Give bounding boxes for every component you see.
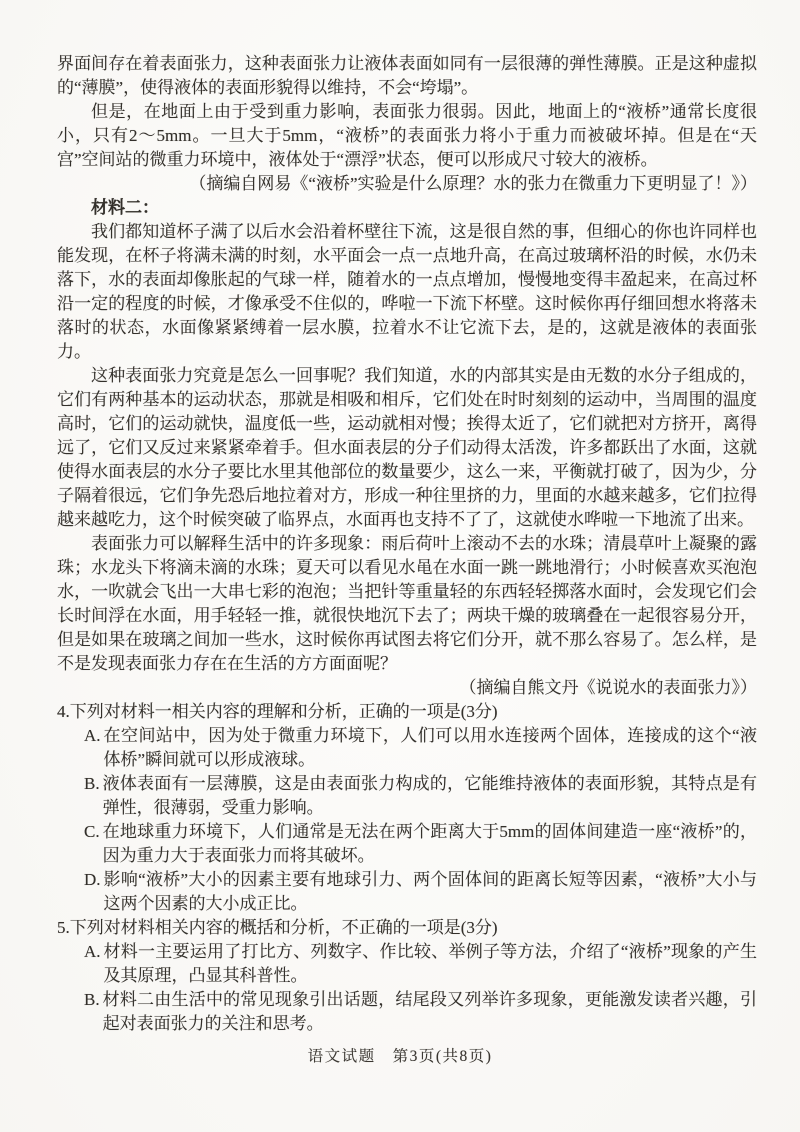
question-5-stem: 5.下列对材料相关内容的概括和分析，不正确的一项是(3分): [57, 916, 757, 940]
question-5-option-a: A. 材料一主要运用了打比方、列数字、作比较、举例子等方法，介绍了“液桥”现象的…: [57, 940, 757, 988]
passage-continuation-paragraph: 界面间存在着表面张力，这种表面张力让液体表面如同有一层很薄的弹性薄膜。正是这种虚…: [57, 52, 757, 100]
option-label: A.: [84, 940, 104, 988]
option-text: 在空间站中，因为处于微重力环境下，人们可以用水连接两个固体，连接成的这个“液体桥…: [104, 724, 757, 772]
material-two-heading: 材料二：: [57, 196, 757, 220]
exam-page-scan: 界面间存在着表面张力，这种表面张力让液体表面如同有一层很薄的弹性薄膜。正是这种虚…: [0, 0, 800, 1132]
option-text: 液体表面有一层薄膜，这是由表面张力构成的，它能维持液体的表面形貌，其特点是有弹性…: [103, 772, 757, 820]
question-4-option-b: B. 液体表面有一层薄膜，这是由表面张力构成的，它能维持液体的表面形貌，其特点是…: [57, 772, 757, 820]
material-one-citation: （摘编自网易《“液桥”实验是什么原理？水的张力在微重力下更明显了！》）: [57, 172, 757, 196]
option-label: C.: [84, 820, 103, 868]
material-one-paragraph: 但是，在地面上由于受到重力影响，表面张力很弱。因此，地面上的“液桥”通常长度很小…: [57, 100, 757, 172]
question-5: 5.下列对材料相关内容的概括和分析，不正确的一项是(3分) A. 材料一主要运用…: [57, 916, 757, 1036]
question-4-option-d: D. 影响“液桥”大小的因素主要有地球引力、两个固体间的距离长短等因素，“液桥”…: [57, 868, 757, 916]
option-text: 材料一主要运用了打比方、列数字、作比较、举例子等方法，介绍了“液桥”现象的产生及…: [104, 940, 757, 988]
page-footer: 语文试题 第3页(共8页): [0, 1044, 800, 1066]
option-label: B.: [84, 988, 103, 1036]
option-label: B.: [84, 772, 103, 820]
option-text: 影响“液桥”大小的因素主要有地球引力、两个固体间的距离长短等因素，“液桥”大小与…: [104, 868, 757, 916]
question-4-stem: 4.下列对材料一相关内容的理解和分析，正确的一项是(3分): [57, 700, 757, 724]
question-4: 4.下列对材料一相关内容的理解和分析，正确的一项是(3分) A. 在空间站中，因…: [57, 700, 757, 916]
question-5-option-b: B. 材料二由生活中的常见现象引出话题，结尾段又列举许多现象，更能激发读者兴趣，…: [57, 988, 757, 1036]
material-two-paragraph-2: 这种表面张力究竟是怎么一回事呢？我们知道，水的内部其实是由无数的水分子组成的，它…: [57, 364, 757, 532]
material-two-paragraph-3: 表面张力可以解释生活中的许多现象：雨后荷叶上滚动不去的水珠；清晨草叶上凝聚的露珠…: [57, 532, 757, 676]
question-4-option-c: C. 在地球重力环境下，人们通常是无法在两个距离大于5mm的固体间建造一座“液桥…: [57, 820, 757, 868]
page-body-text: 界面间存在着表面张力，这种表面张力让液体表面如同有一层很薄的弹性薄膜。正是这种虚…: [57, 52, 757, 1036]
question-4-option-a: A. 在空间站中，因为处于微重力环境下，人们可以用水连接两个固体，连接成的这个“…: [57, 724, 757, 772]
option-text: 材料二由生活中的常见现象引出话题，结尾段又列举许多现象，更能激发读者兴趣，引起对…: [103, 988, 757, 1036]
option-label: A.: [84, 724, 104, 772]
material-two-citation: （摘编自熊文丹《说说水的表面张力》）: [57, 676, 757, 700]
option-text: 在地球重力环境下，人们通常是无法在两个距离大于5mm的固体间建造一座“液桥”的，…: [103, 820, 757, 868]
material-two-paragraph-1: 我们都知道杯子满了以后水会沿着杯壁往下流，这是很自然的事，但细心的你也许同样也能…: [57, 220, 757, 364]
option-label: D.: [84, 868, 104, 916]
